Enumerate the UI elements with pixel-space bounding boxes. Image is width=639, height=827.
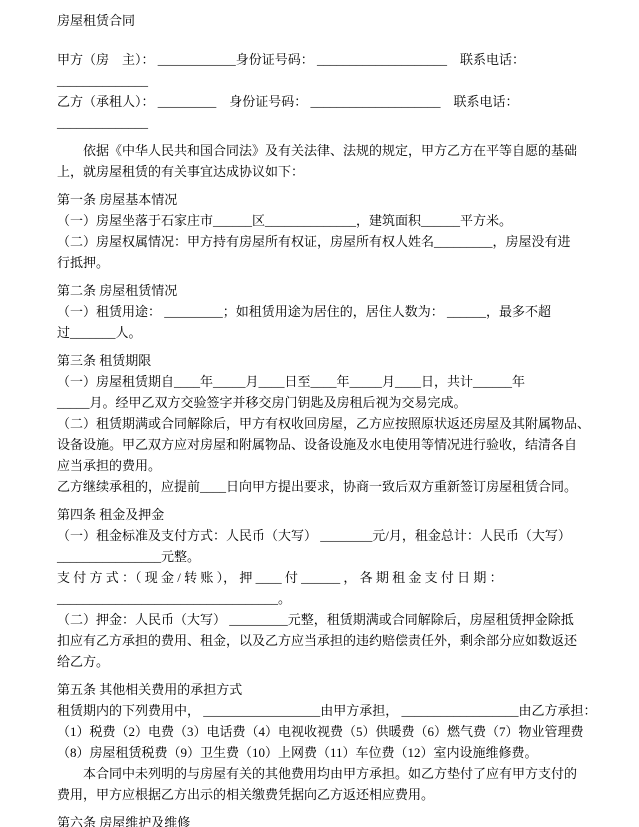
paragraph-line: 本合同中未列明的与房屋有关的其他费用均由甲方承担。如乙方垫付了应有甲方支付的 xyxy=(57,763,599,784)
paragraph-line: （一）房屋坐落于石家庄市______区______________，建筑面积__… xyxy=(57,210,599,231)
paragraph-line: 给乙方。 xyxy=(57,651,599,672)
paragraph-line: 依据《中华人民共和国合同法》及有关法律、法规的规定，甲方乙方在平等自愿的基础 xyxy=(57,140,599,161)
paragraph-line: 行抵押。 xyxy=(57,252,599,273)
paragraph-line: （1）税费（2）电费（3）电话费（4）电视收视费（5）供暖费（6）燃气费（7）物… xyxy=(57,721,599,742)
article-4: 第四条 租金及押金（一）租金标准及支付方式：人民币（大写） ________元/… xyxy=(57,504,599,672)
paragraph-line: 设备设施。甲乙双方应对房屋和附属物品、设备设施及水电使用等情况进行验收，结清各自 xyxy=(57,434,599,455)
paragraph-line: （一）租赁用途： _________；如租赁用途为居住的，居住人数为： ____… xyxy=(57,301,599,322)
paragraph-line: （二）押金：人民币（大写） _________元整，租赁期满或合同解除后，房屋租… xyxy=(57,609,599,630)
paragraph-line: 第一条 房屋基本情况 xyxy=(57,189,599,210)
paragraph-line: 扣应有乙方承担的费用、租金，以及乙方应当承担的违约赔偿责任外，剩余部分应如数返还 xyxy=(57,630,599,651)
paragraph-line: 上，就房屋租赁的有关事宜达成协议如下： xyxy=(57,161,599,182)
paragraph-line: （8）房屋租赁税费（9）卫生费（10）上网费（11）车位费（12）室内设施维修费… xyxy=(57,742,599,763)
paragraph-line: （二）房屋权属情况：甲方持有房屋所有权证，房屋所有权人姓名_________，房… xyxy=(57,231,599,252)
paragraph-line: 乙方（承租人）： _________ 身份证号码： ______________… xyxy=(57,91,599,112)
paragraph-line: 应当承担的费用。 xyxy=(57,455,599,476)
paragraph-line: 第五条 其他相关费用的承担方式 xyxy=(57,679,599,700)
document-title: 房屋租赁合同 xyxy=(57,10,599,31)
paragraph-line: ______________ xyxy=(57,70,599,91)
preamble: 依据《中华人民共和国合同法》及有关法律、法规的规定，甲方乙方在平等自愿的基础上，… xyxy=(57,140,599,182)
parties: 甲方（房 主）： ____________身份证号码： ____________… xyxy=(57,49,599,133)
article-5: 第五条 其他相关费用的承担方式租赁期内的下列费用中， _____________… xyxy=(57,679,599,805)
paragraph-line: 第四条 租金及押金 xyxy=(57,504,599,525)
paragraph-line: 乙方继续承租的，应提前____日向甲方提出要求，协商一致后双方重新签订房屋租赁合… xyxy=(57,476,599,497)
contract-page: 房屋租赁合同 甲方（房 主）： ____________身份证号码： _____… xyxy=(0,0,639,827)
article-6: 第六条 房屋维护及维修 xyxy=(57,812,599,827)
paragraph-line: _____月。经甲乙双方交验签字并移交房门钥匙及房租后视为交易完成。 xyxy=(57,392,599,413)
article-1: 第一条 房屋基本情况（一）房屋坐落于石家庄市______区___________… xyxy=(57,189,599,273)
contract-body: 甲方（房 主）： ____________身份证号码： ____________… xyxy=(57,49,599,827)
paragraph-line: ________________元整。 xyxy=(57,546,599,567)
paragraph-line: ______________ xyxy=(57,112,599,133)
paragraph-line: 费用，甲方应根据乙方出示的相关缴费凭据向乙方返还相应费用。 xyxy=(57,784,599,805)
paragraph-line: 支 付 方 式 ：（ 现 金 / 转 账 ）， 押 ____ 付 ______ … xyxy=(57,567,599,588)
paragraph-line: 过_______人。 xyxy=(57,322,599,343)
paragraph-line: 第六条 房屋维护及维修 xyxy=(57,812,599,827)
paragraph-line: 租赁期内的下列费用中， __________________由甲方承担， ___… xyxy=(57,700,599,721)
article-2: 第二条 房屋租赁情况（一）租赁用途： _________；如租赁用途为居住的，居… xyxy=(57,280,599,343)
article-3: 第三条 租赁期限（一）房屋租赁期自____年_____月____日至____年_… xyxy=(57,350,599,497)
title-block: 房屋租赁合同 xyxy=(57,10,599,31)
paragraph-line: 第三条 租赁期限 xyxy=(57,350,599,371)
paragraph-line: （一）房屋租赁期自____年_____月____日至____年_____月___… xyxy=(57,371,599,392)
paragraph-line: __________________________________。 xyxy=(57,588,599,609)
paragraph-line: 第二条 房屋租赁情况 xyxy=(57,280,599,301)
paragraph-line: （二）租赁期满或合同解除后，甲方有权收回房屋，乙方应按照原状返还房屋及其附属物品… xyxy=(57,413,599,434)
paragraph-line: 甲方（房 主）： ____________身份证号码： ____________… xyxy=(57,49,599,70)
paragraph-line: （一）租金标准及支付方式：人民币（大写） ________元/月，租金总计：人民… xyxy=(57,525,599,546)
